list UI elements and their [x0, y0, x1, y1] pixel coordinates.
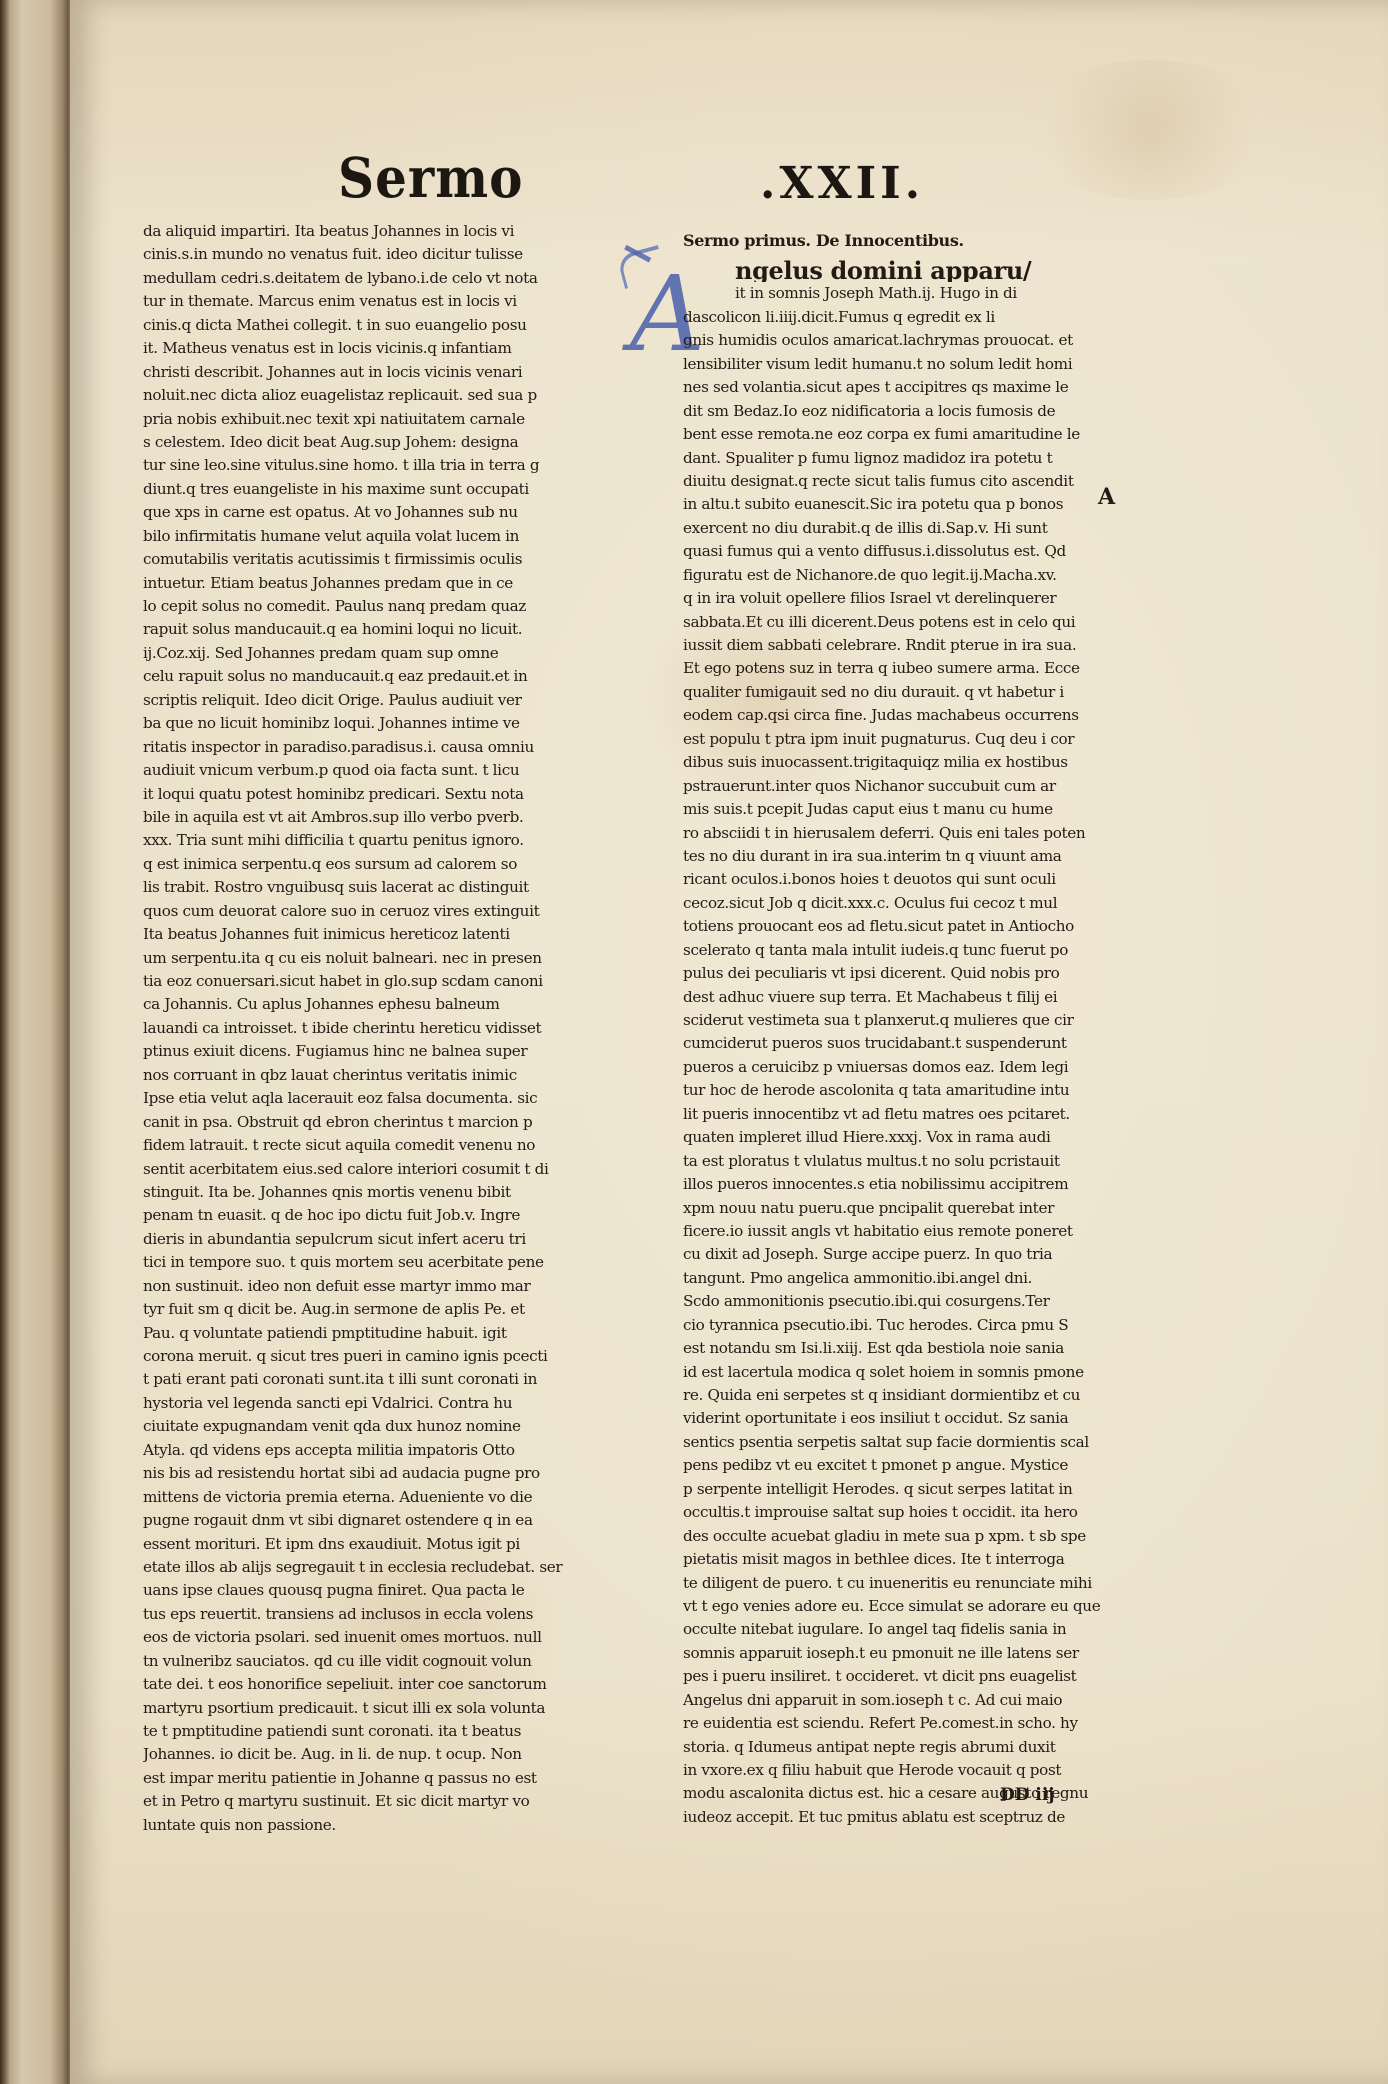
text-line: noluit.nec dicta alioz euagelistaz repli… [143, 384, 663, 407]
text-line: luntate quis non passione. [143, 1814, 663, 1837]
text-line: pens pedibz vt eu excitet t pmonet p ang… [683, 1454, 1143, 1477]
text-line: re euidentia est sciendu. Refert Pe.come… [683, 1712, 1143, 1735]
text-line: dest adhuc viuere sup terra. Et Machabeu… [683, 986, 1143, 1009]
text-line: ca Johannis. Cu aplus Johannes ephesu ba… [143, 993, 663, 1016]
text-line: mis suis.t pcepit Judas caput eius t man… [683, 798, 1143, 821]
text-line: lensibiliter visum ledit humanu.t no sol… [683, 353, 1143, 376]
text-line: que xps in carne est opatus. At vo Johan… [143, 501, 663, 524]
text-line: qualiter fumigauit sed no diu durauit. q… [683, 681, 1143, 704]
text-line: ta est ploratus t vlulatus multus.t no s… [683, 1150, 1143, 1173]
text-line: bilo infirmitatis humane velut aquila vo… [143, 525, 663, 548]
text-line: tus eps reuertit. transiens ad inclusos … [143, 1603, 663, 1626]
text-line: ba que no licuit hominibz loqui. Johanne… [143, 712, 663, 735]
text-line: pulus dei peculiaris vt ipsi dicerent. Q… [683, 962, 1143, 985]
text-line: et in Petro q martyru sustinuit. Et sic … [143, 1790, 663, 1813]
text-line: dieris in abundantia sepulcrum sicut inf… [143, 1228, 663, 1251]
text-line: est notandu sm Isi.li.xiij. Est qda best… [683, 1337, 1143, 1360]
text-line: Scdo ammonitionis psecutio.ibi.qui cosur… [683, 1290, 1143, 1313]
text-line: corona meruit. q sicut tres pueri in cam… [143, 1345, 663, 1368]
text-line: mittens de victoria premia eterna. Aduen… [143, 1486, 663, 1509]
text-line: ngelus domini apparu/ [683, 259, 1143, 282]
text-line: occultis.t improuise saltat sup hoies t … [683, 1501, 1143, 1524]
text-line: dibus suis inuocassent.trigitaquiqz mili… [683, 751, 1143, 774]
text-line: Et ego potens suz in terra q iubeo sumer… [683, 657, 1143, 680]
text-line: cio tyrannica psecutio.ibi. Tuc herodes.… [683, 1314, 1143, 1337]
text-line: bile in aquila est vt ait Ambros.sup ill… [143, 806, 663, 829]
text-line: occulte nitebat iugulare. Io angel taq f… [683, 1618, 1143, 1641]
text-line: martyru psortium predicauit. t sicut ill… [143, 1697, 663, 1720]
text-line: lauandi ca introisset. t ibide cherintu … [143, 1017, 663, 1040]
text-line: exercent no diu durabit.q de illis di.Sa… [683, 517, 1143, 540]
text-line: tur sine leo.sine vitulus.sine homo. t i… [143, 454, 663, 477]
text-line: est populu t ptra ipm inuit pugnaturus. … [683, 728, 1143, 751]
text-line: etate illos ab alijs segregauit t in ecc… [143, 1556, 663, 1579]
text-line: cecoz.sicut Job q dicit.xxx.c. Oculus fu… [683, 892, 1143, 915]
text-line: tes no diu durant in ira sua.interim tn … [683, 845, 1143, 868]
paper-stain [1020, 60, 1280, 200]
text-line: tia eoz conuersari.sicut habet in glo.su… [143, 970, 663, 993]
left-text-column: da aliquid impartiri. Ita beatus Johanne… [143, 220, 663, 1837]
text-line: in vxore.ex q filiu habuit que Herode vo… [683, 1759, 1143, 1782]
text-line: cinis.s.in mundo no venatus fuit. ideo d… [143, 243, 663, 266]
text-line: somnis apparuit ioseph.t eu pmonuit ne i… [683, 1642, 1143, 1665]
text-line: rapuit solus manducauit.q ea homini loqu… [143, 618, 663, 641]
text-line: medullam cedri.s.deitatem de lybano.i.de… [143, 267, 663, 290]
text-line: lis trabit. Rostro vnguibusq suis lacera… [143, 876, 663, 899]
text-line: canit in psa. Obstruit qd ebron cherintu… [143, 1111, 663, 1134]
text-line: modu ascalonita dictus est. hic a cesare… [683, 1782, 1143, 1805]
text-line: viderint oportunitate i eos insiliut t o… [683, 1407, 1143, 1430]
text-line: diuitu designat.q recte sicut talis fumu… [683, 470, 1143, 493]
text-line: tate dei. t eos honorifice sepeliuit. in… [143, 1673, 663, 1696]
text-line: dit sm Bedaz.Io eoz nidificatoria a loci… [683, 400, 1143, 423]
text-line: christi describit. Johannes aut in locis… [143, 361, 663, 384]
text-line: lit pueris innocentibz vt ad fletu matre… [683, 1103, 1143, 1126]
text-line: ptinus exiuit dicens. Fugiamus hinc ne b… [143, 1040, 663, 1063]
folio-number: .XXII. [760, 158, 924, 209]
text-line: scelerato q tanta mala intulit iudeis.q … [683, 939, 1143, 962]
text-line: pueros a ceruicibz p vniuersas domos eaz… [683, 1056, 1143, 1079]
text-line: nos corruant in qbz lauat cherintus veri… [143, 1064, 663, 1087]
text-line: re. Quida eni serpetes st q insidiant do… [683, 1384, 1143, 1407]
text-line: iudeoz accepit. Et tuc pmitus ablatu est… [683, 1806, 1143, 1829]
text-line: pugne rogauit dnm vt sibi dignaret osten… [143, 1509, 663, 1532]
text-line: essent morituri. Et ipm dns exaudiuit. M… [143, 1533, 663, 1556]
text-line: fidem latrauit. t recte sicut aquila com… [143, 1134, 663, 1157]
text-line: sabbata.Et cu illi dicerent.Deus potens … [683, 611, 1143, 634]
text-line: quos cum deuorat calore suo in ceruoz vi… [143, 900, 663, 923]
text-line: it loqui quatu potest hominibz predicari… [143, 783, 663, 806]
text-line: hystoria vel legenda sancti epi Vdalrici… [143, 1392, 663, 1415]
text-line: ij.Coz.xij. Sed Johannes predam quam sup… [143, 642, 663, 665]
text-line: uans ipse claues quousq pugna finiret. Q… [143, 1579, 663, 1602]
text-line: cu dixit ad Joseph. Surge accipe puerz. … [683, 1243, 1143, 1266]
text-line: celu rapuit solus no manducauit.q eaz pr… [143, 665, 663, 688]
sermon-title: Sermo primus. De Innocentibus. [683, 229, 1143, 255]
text-line: cinis.q dicta Mathei collegit. t in suo … [143, 314, 663, 337]
text-line: bent esse remota.ne eoz corpa ex fumi am… [683, 423, 1143, 446]
text-line: Angelus dni apparuit in som.ioseph t c. … [683, 1689, 1143, 1712]
text-line: ficere.io iussit angls vt habitatio eius… [683, 1220, 1143, 1243]
text-line: ro absciidi t in hierusalem deferri. Qui… [683, 822, 1143, 845]
text-line: sentit acerbitatem eius.sed calore inter… [143, 1158, 663, 1181]
text-line: penam tn euasit. q de hoc ipo dictu fuit… [143, 1204, 663, 1227]
text-line: sciderut vestimeta sua t planxerut.q mul… [683, 1009, 1143, 1032]
text-line: pietatis misit magos in bethlee dices. I… [683, 1548, 1143, 1571]
text-line: diunt.q tres euangeliste in his maxime s… [143, 478, 663, 501]
text-line: figuratu est de Nichanore.de quo legit.i… [683, 564, 1143, 587]
text-line: non sustinuit. ideo non defuit esse mart… [143, 1275, 663, 1298]
text-line: scriptis reliquit. Ideo dicit Orige. Pau… [143, 689, 663, 712]
text-line: illos pueros innocentes.s etia nobilissi… [683, 1173, 1143, 1196]
text-line: eos de victoria psolari. sed inuenit ome… [143, 1626, 663, 1649]
text-line: sentics psentia serpetis saltat sup faci… [683, 1431, 1143, 1454]
text-line: ciuitate expugnandam venit qda dux hunoz… [143, 1415, 663, 1438]
text-line: dascolicon li.iiij.dicit.Fumus q egredit… [683, 306, 1143, 329]
text-line: ricant oculos.i.bonos hoies t deuotos qu… [683, 868, 1143, 891]
text-line: est impar meritu patientie in Johanne q … [143, 1767, 663, 1790]
text-line: q in ira voluit opellere filios Israel v… [683, 587, 1143, 610]
text-line: iussit diem sabbati celebrare. Rndit pte… [683, 634, 1143, 657]
text-line: te t pmptitudine patiendi sunt coronati.… [143, 1720, 663, 1743]
text-line: tn vulneribz sauciatos. qd cu ille vidit… [143, 1650, 663, 1673]
text-line: it. Matheus venatus est in locis vicinis… [143, 337, 663, 360]
text-line: pes i pueru insiliret. t occideret. vt d… [683, 1665, 1143, 1688]
text-line: da aliquid impartiri. Ita beatus Johanne… [143, 220, 663, 243]
text-line: nis bis ad resistendu hortat sibi ad aud… [143, 1462, 663, 1485]
text-line: in altu.t subito euanescit.Sic ira potet… [683, 493, 1143, 516]
text-line: comutabilis veritatis acutissimis t firm… [143, 548, 663, 571]
running-head-left: Sermo [338, 145, 524, 210]
text-line: totiens prouocant eos ad fletu.sicut pat… [683, 915, 1143, 938]
text-line: pria nobis exhibuit.nec texit xpi natiui… [143, 408, 663, 431]
text-line: xxx. Tria sunt mihi difficilia t quartu … [143, 829, 663, 852]
text-line: pstrauerunt.inter quos Nichanor succubui… [683, 775, 1143, 798]
text-line: ritatis inspector in paradiso.paradisus.… [143, 736, 663, 759]
text-line: p serpente intelligit Herodes. q sicut s… [683, 1478, 1143, 1501]
text-line: it in somnis Joseph Math.ij. Hugo in di [683, 282, 1143, 305]
text-line: Johannes. io dicit be. Aug. in li. de nu… [143, 1743, 663, 1766]
text-line: intuetur. Etiam beatus Johannes predam q… [143, 572, 663, 595]
text-line: storia. q Idumeus antipat nepte regis ab… [683, 1736, 1143, 1759]
text-line: Pau. q voluntate patiendi pmptitudine ha… [143, 1322, 663, 1345]
text-line: um serpentu.ita q cu eis noluit balneari… [143, 947, 663, 970]
text-line: gnis humidis oculos amaricat.lachrymas p… [683, 329, 1143, 352]
text-line: Atyla. qd videns eps accepta militia imp… [143, 1439, 663, 1462]
text-line: quaten impleret illud Hiere.xxxj. Vox in… [683, 1126, 1143, 1149]
right-column-lines: ngelus domini apparu/it in somnis Joseph… [683, 259, 1143, 1829]
signature-mark: DD iij [1000, 1785, 1054, 1805]
text-line: cumciderut pueros suos trucidabant.t sus… [683, 1032, 1143, 1055]
text-line: Ipse etia velut aqla lacerauit eoz falsa… [143, 1087, 663, 1110]
text-line: q est inimica serpentu.q eos sursum ad c… [143, 853, 663, 876]
text-line: lo cepit solus no comedit. Paulus nanq p… [143, 595, 663, 618]
text-line: vt t ego venies adore eu. Ecce simulat s… [683, 1595, 1143, 1618]
text-line: dant. Spualiter p fumu lignoz madidoz ir… [683, 447, 1143, 470]
text-line: xpm nouu natu pueru.que pncipalit quereb… [683, 1197, 1143, 1220]
text-line: tur hoc de herode ascolonita q tata amar… [683, 1079, 1143, 1102]
text-line: stinguit. Ita be. Johannes qnis mortis v… [143, 1181, 663, 1204]
text-line: tici in tempore suo. t quis mortem seu a… [143, 1251, 663, 1274]
text-line: des occulte acuebat gladiu in mete sua p… [683, 1525, 1143, 1548]
text-line: tangunt. Pmo angelica ammonitio.ibi.ange… [683, 1267, 1143, 1290]
text-line: eodem cap.qsi circa fine. Judas machabeu… [683, 704, 1143, 727]
text-line: nes sed volantia.sicut apes t accipitres… [683, 376, 1143, 399]
text-line: quasi fumus qui a vento diffusus.i.disso… [683, 540, 1143, 563]
text-line: tyr fuit sm q dicit be. Aug.in sermone d… [143, 1298, 663, 1321]
text-line: s celestem. Ideo dicit beat Aug.sup Johe… [143, 431, 663, 454]
text-line: te diligent de puero. t cu inueneritis e… [683, 1572, 1143, 1595]
text-line: audiuit vnicum verbum.p quod oia facta s… [143, 759, 663, 782]
text-line: Ita beatus Johannes fuit inimicus hereti… [143, 923, 663, 946]
text-line: id est lacertula modica q solet hoiem in… [683, 1361, 1143, 1384]
right-text-column: Sermo primus. De Innocentibus. ngelus do… [683, 229, 1143, 1829]
text-line: t pati erant pati coronati sunt.ita t il… [143, 1368, 663, 1391]
text-line: tur in themate. Marcus enim venatus est … [143, 290, 663, 313]
